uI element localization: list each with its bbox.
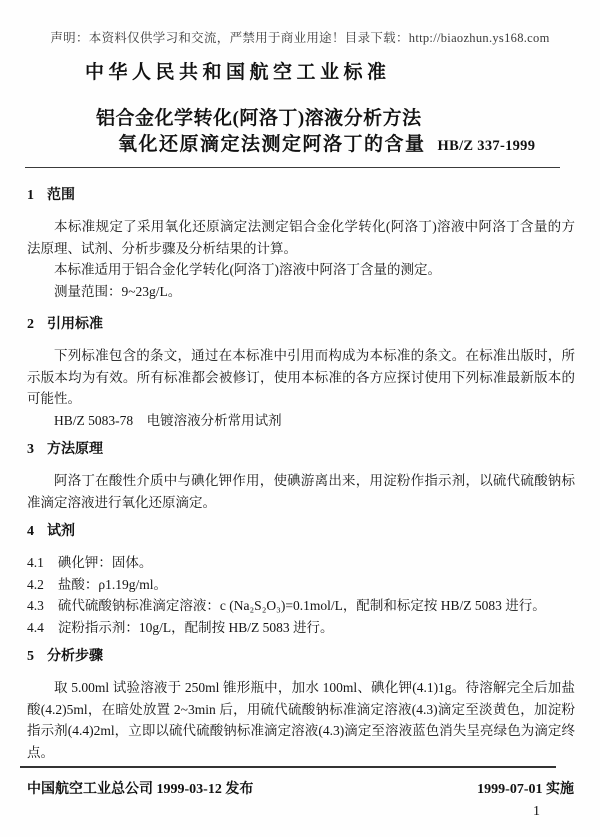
header-divider <box>25 167 560 168</box>
footer-implementation-date: 1999-07-01 实施 <box>477 778 574 798</box>
page-number: 1 <box>533 804 540 820</box>
referenced-standard: HB/Z 5083-78 电镀溶液分析常用试剂 <box>27 410 575 432</box>
document-page: 声明：本资料仅供学习和交流，严禁用于商业用途！目录下载：http://biaoz… <box>0 0 600 837</box>
paragraph: 本标准适用于铝合金化学转化(阿洛丁)溶液中阿洛丁含量的测定。 <box>27 259 575 281</box>
reagent-number: 4.2 <box>27 574 44 596</box>
reagent-item: 4.1 碘化钾：固体。 <box>27 552 575 574</box>
reagent-number: 4.1 <box>27 552 44 574</box>
section-title: 方法原理 <box>47 439 103 460</box>
section-heading-reagents: 4 试剂 <box>27 521 575 542</box>
section-title: 分析步骤 <box>47 646 103 667</box>
reagent-item: 4.3 硫代硫酸钠标准滴定溶液：c (Na₂S₂O₃)=0.1mol/L，配制和… <box>27 595 575 617</box>
paragraph: 下列标准包含的条文，通过在本标准中引用而构成为本标准的条文。在标准出版时，所示版… <box>27 345 575 410</box>
org-title: 中华人民共和国航空工业标准 <box>85 57 391 84</box>
reagent-text: 淀粉指示剂：10g/L，配制按 HB/Z 5083 进行。 <box>58 617 575 639</box>
reagent-number: 4.3 <box>27 595 44 617</box>
section-title: 范围 <box>47 185 75 206</box>
section-heading-principle: 3 方法原理 <box>27 439 575 460</box>
disclaimer-text: 声明：本资料仅供学习和交流，严禁用于商业用途！目录下载：http://biaoz… <box>0 28 600 46</box>
footer-divider <box>20 766 556 768</box>
reagent-number: 4.4 <box>27 617 44 639</box>
footer: 中国航空工业总公司 1999-03-12 发布 1999-07-01 实施 <box>27 778 574 798</box>
reagent-item: 4.4 淀粉指示剂：10g/L，配制按 HB/Z 5083 进行。 <box>27 617 575 639</box>
footer-issuer-date: 中国航空工业总公司 1999-03-12 发布 <box>27 778 253 798</box>
doc-title-row: 氧化还原滴定法测定阿洛丁的含量 HB/Z 337-1999 <box>118 129 535 156</box>
section-heading-references: 2 引用标准 <box>27 314 575 335</box>
paragraph: 本标准规定了采用氧化还原滴定法测定铝合金化学转化(阿洛丁)溶液中阿洛丁含量的方法… <box>27 216 575 259</box>
section-title: 试剂 <box>47 521 75 542</box>
section-number: 5 <box>27 646 34 667</box>
section-number: 2 <box>27 314 34 335</box>
section-heading-procedure: 5 分析步骤 <box>27 646 575 667</box>
doc-title-line2: 氧化还原滴定法测定阿洛丁的含量 <box>118 129 426 156</box>
standard-number: HB/Z 337-1999 <box>438 138 536 155</box>
section-title: 引用标准 <box>47 314 103 335</box>
section-number: 1 <box>27 185 34 206</box>
section-heading-scope: 1 范围 <box>27 185 575 206</box>
paragraph: 取 5.00ml 试验溶液于 250ml 锥形瓶中，加水 100ml、碘化钾(4… <box>27 677 575 763</box>
section-number: 3 <box>27 439 34 460</box>
reagent-text: 硫代硫酸钠标准滴定溶液：c (Na₂S₂O₃)=0.1mol/L，配制和标定按 … <box>58 595 575 617</box>
paragraph: 测量范围：9~23g/L。 <box>27 281 575 303</box>
document-body: 1 范围 本标准规定了采用氧化还原滴定法测定铝合金化学转化(阿洛丁)溶液中阿洛丁… <box>27 182 575 763</box>
reagent-text: 盐酸：ρ1.19g/ml。 <box>58 574 575 596</box>
paragraph: 阿洛丁在酸性介质中与碘化钾作用，使碘游离出来，用淀粉作指示剂，以硫代硫酸钠标准滴… <box>27 470 575 513</box>
reagent-text: 碘化钾：固体。 <box>58 552 575 574</box>
reagent-item: 4.2 盐酸：ρ1.19g/ml。 <box>27 574 575 596</box>
doc-title-line1: 铝合金化学转化(阿洛丁)溶液分析方法 <box>96 103 422 130</box>
section-number: 4 <box>27 521 34 542</box>
